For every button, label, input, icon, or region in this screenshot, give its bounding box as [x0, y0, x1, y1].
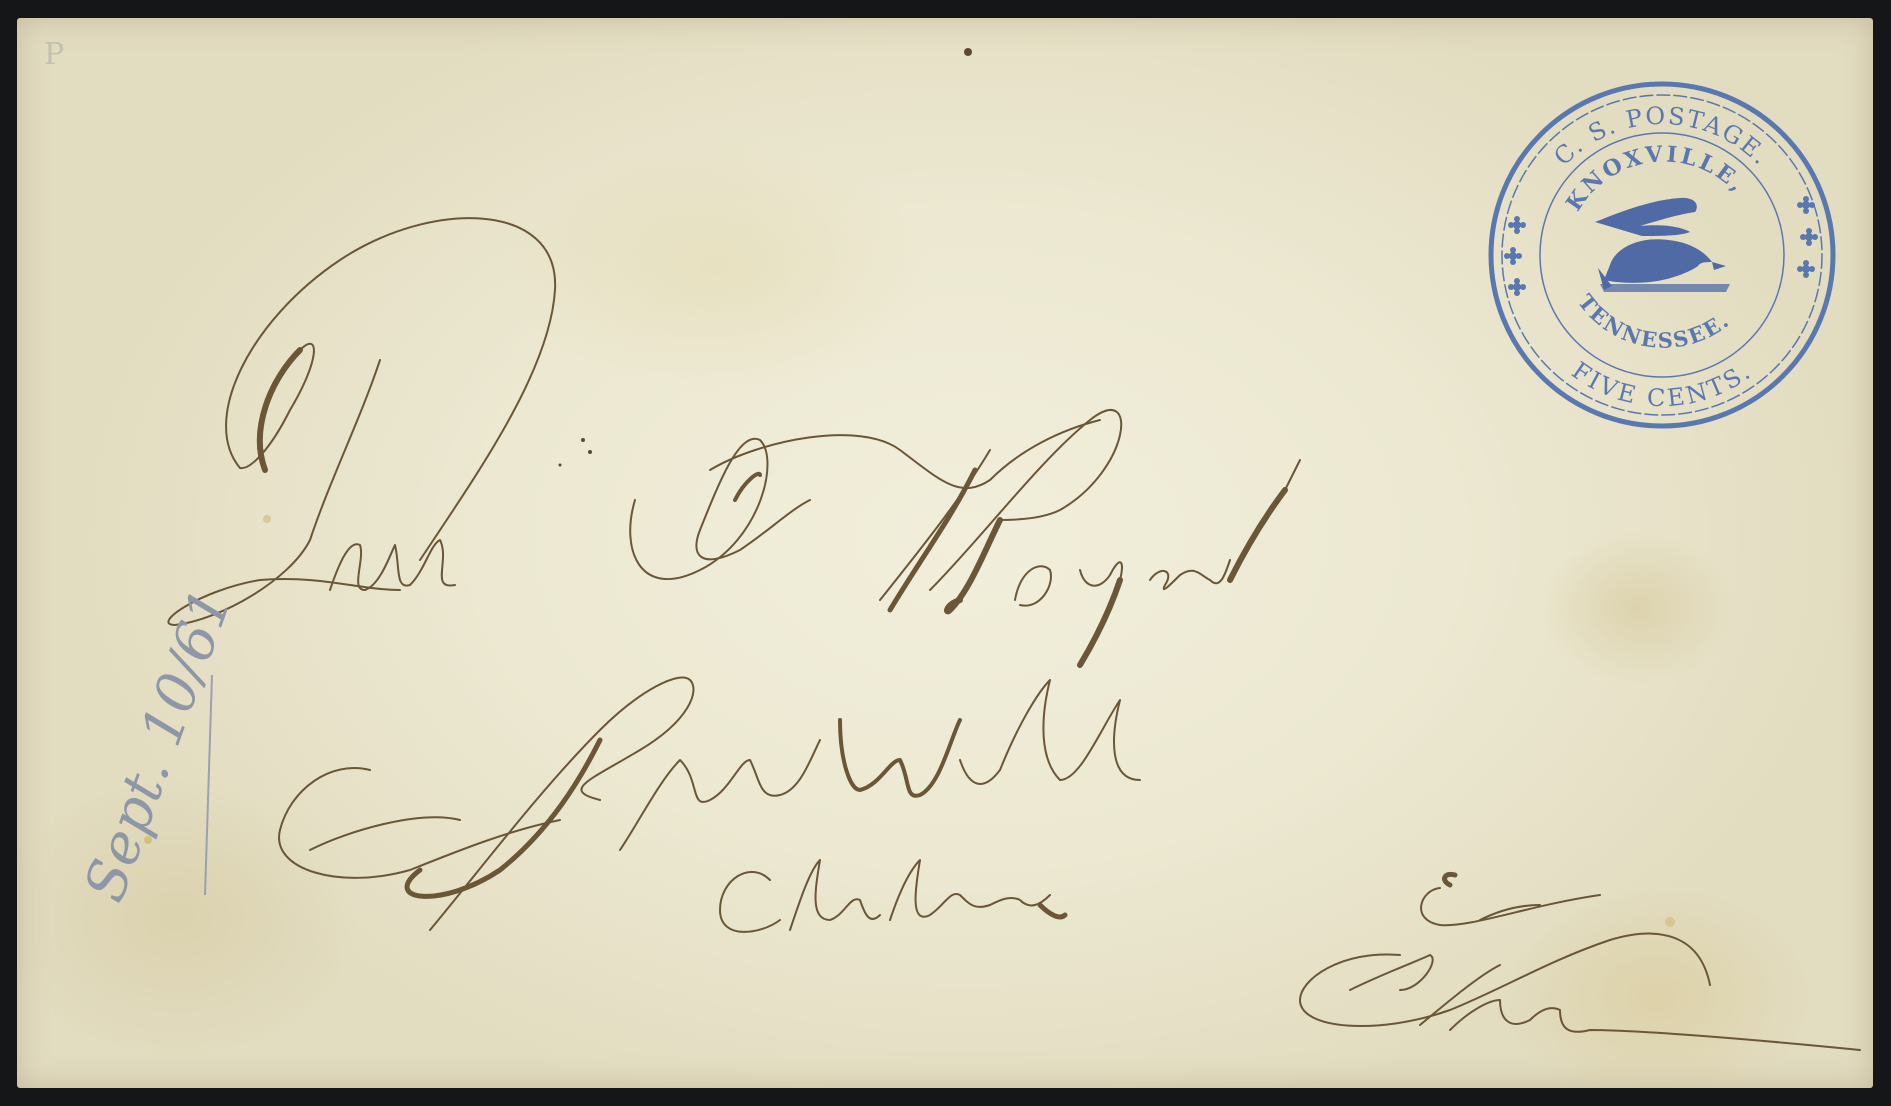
- address-line-3: [720, 860, 1600, 932]
- postage-stamp: [1491, 84, 1833, 426]
- paper-specks: [144, 48, 1675, 927]
- docket-date: Sept. 10/61: [72, 580, 245, 909]
- address-line-4: [1300, 934, 1860, 1050]
- svg-text:TENNESSEE.: TENNESSEE.: [1573, 289, 1734, 353]
- svg-text:FIVE CENTS.: FIVE CENTS.: [1567, 356, 1758, 412]
- handwritten-address: [168, 218, 1860, 1050]
- stamp-five-cents: FIVE CENTS.: [1567, 356, 1758, 412]
- eagle-icon: [1595, 198, 1730, 292]
- address-line-1-surname: [880, 410, 1300, 665]
- address-line-1: [168, 218, 1100, 625]
- envelope-markings: P C. S. POSTAGE.: [0, 0, 1891, 1106]
- stamp-tennessee: TENNESSEE.: [1573, 289, 1734, 353]
- address-line-2: [279, 677, 1140, 930]
- pencil-docketing: Sept. 10/61: [72, 580, 245, 909]
- corner-mark: P: [44, 37, 64, 72]
